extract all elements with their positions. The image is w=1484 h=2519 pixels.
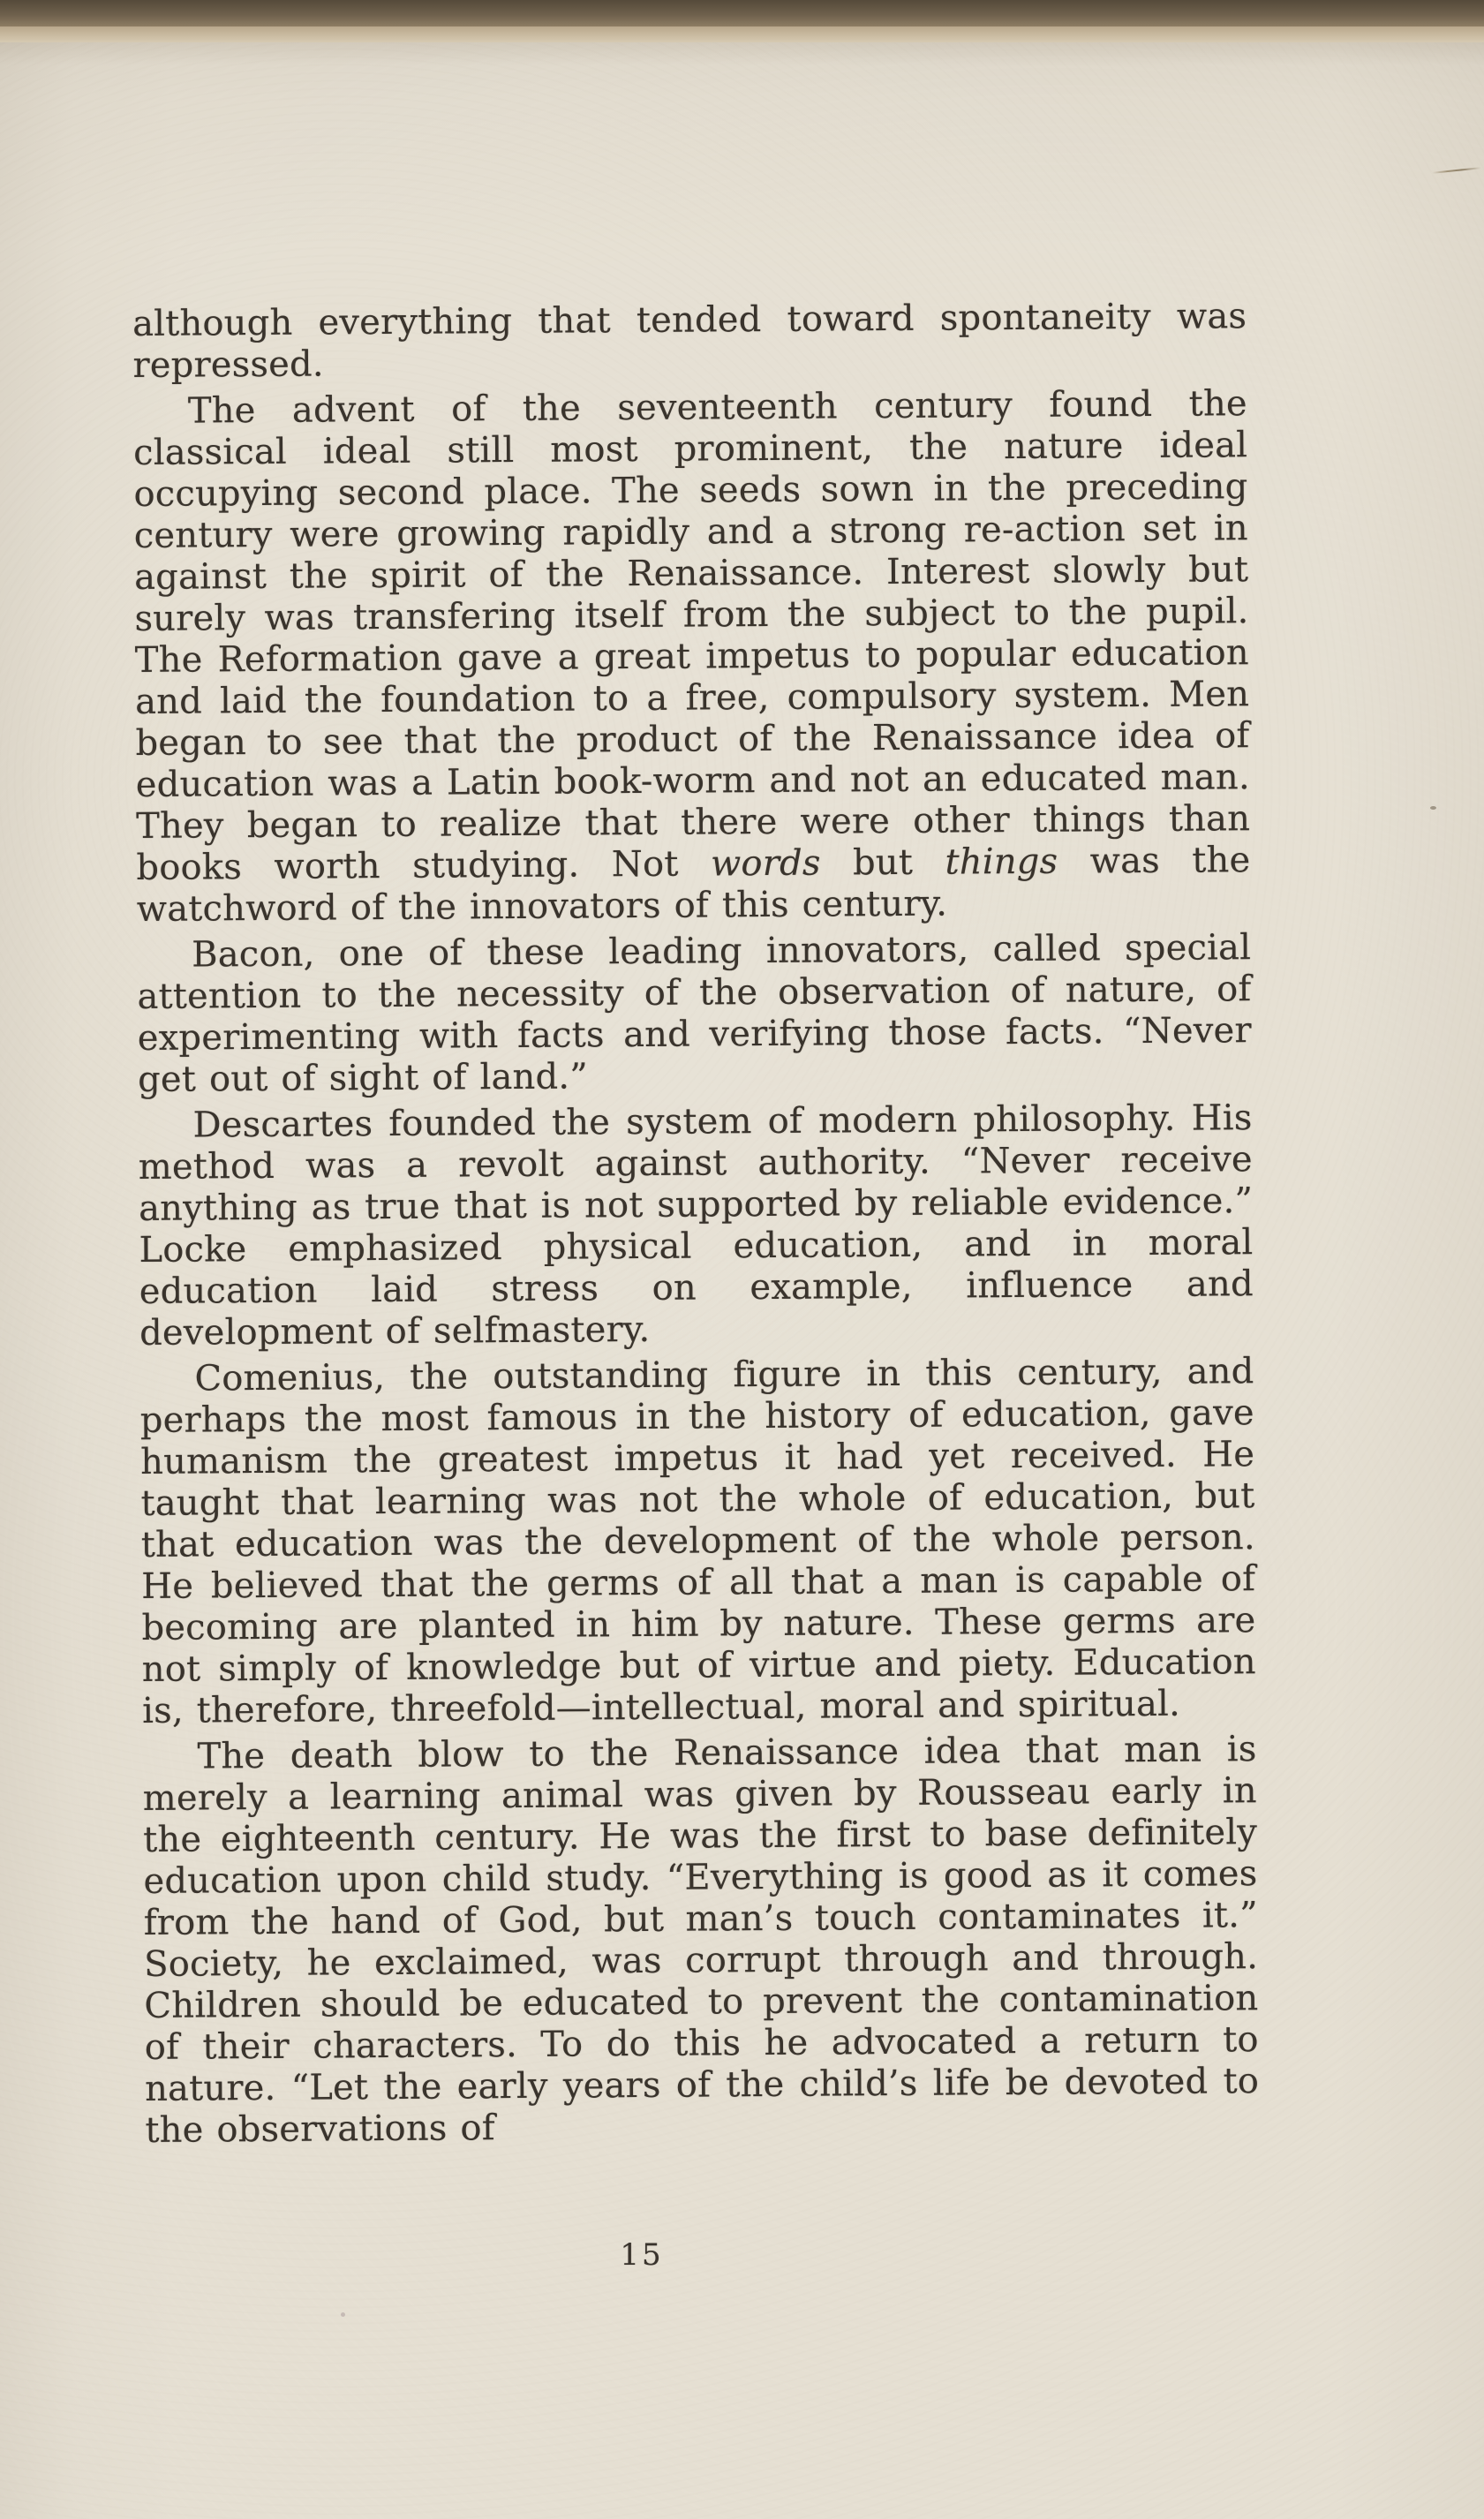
paper-crack: [1432, 167, 1481, 174]
book-page: although everything that tended toward s…: [0, 0, 1484, 2519]
body-text: Bacon, one of these leading innovators, …: [137, 927, 1252, 1100]
body-text: The advent of the seventeenth century fo…: [133, 383, 1250, 888]
body-text: The death blow to the Renaissance idea t…: [143, 1729, 1260, 2151]
paper-speck: [1430, 806, 1436, 810]
paper-speck: [341, 2312, 345, 2317]
paragraph: Bacon, one of these leading innovators, …: [137, 927, 1252, 1101]
italic-text: things: [945, 841, 1058, 883]
italic-text: words: [711, 843, 821, 885]
paragraph: Descartes founded the system of modern p…: [138, 1097, 1254, 1354]
paragraph: Comenius, the outstanding figure in this…: [139, 1351, 1256, 1732]
body-text: although everything that tended toward s…: [132, 296, 1247, 386]
body-text: Descartes founded the system of modern p…: [139, 1097, 1254, 1354]
text-block: although everything that tended toward s…: [132, 296, 1260, 2152]
paragraph: The advent of the seventeenth century fo…: [133, 383, 1251, 931]
paragraph: The death blow to the Renaissance idea t…: [142, 1729, 1259, 2152]
paragraph: although everything that tended toward s…: [132, 296, 1247, 387]
body-text: but: [820, 842, 945, 884]
body-text: Comenius, the outstanding figure in this…: [140, 1351, 1256, 1731]
page-top-edge: [0, 0, 1484, 26]
page-number: 15: [602, 2237, 682, 2273]
